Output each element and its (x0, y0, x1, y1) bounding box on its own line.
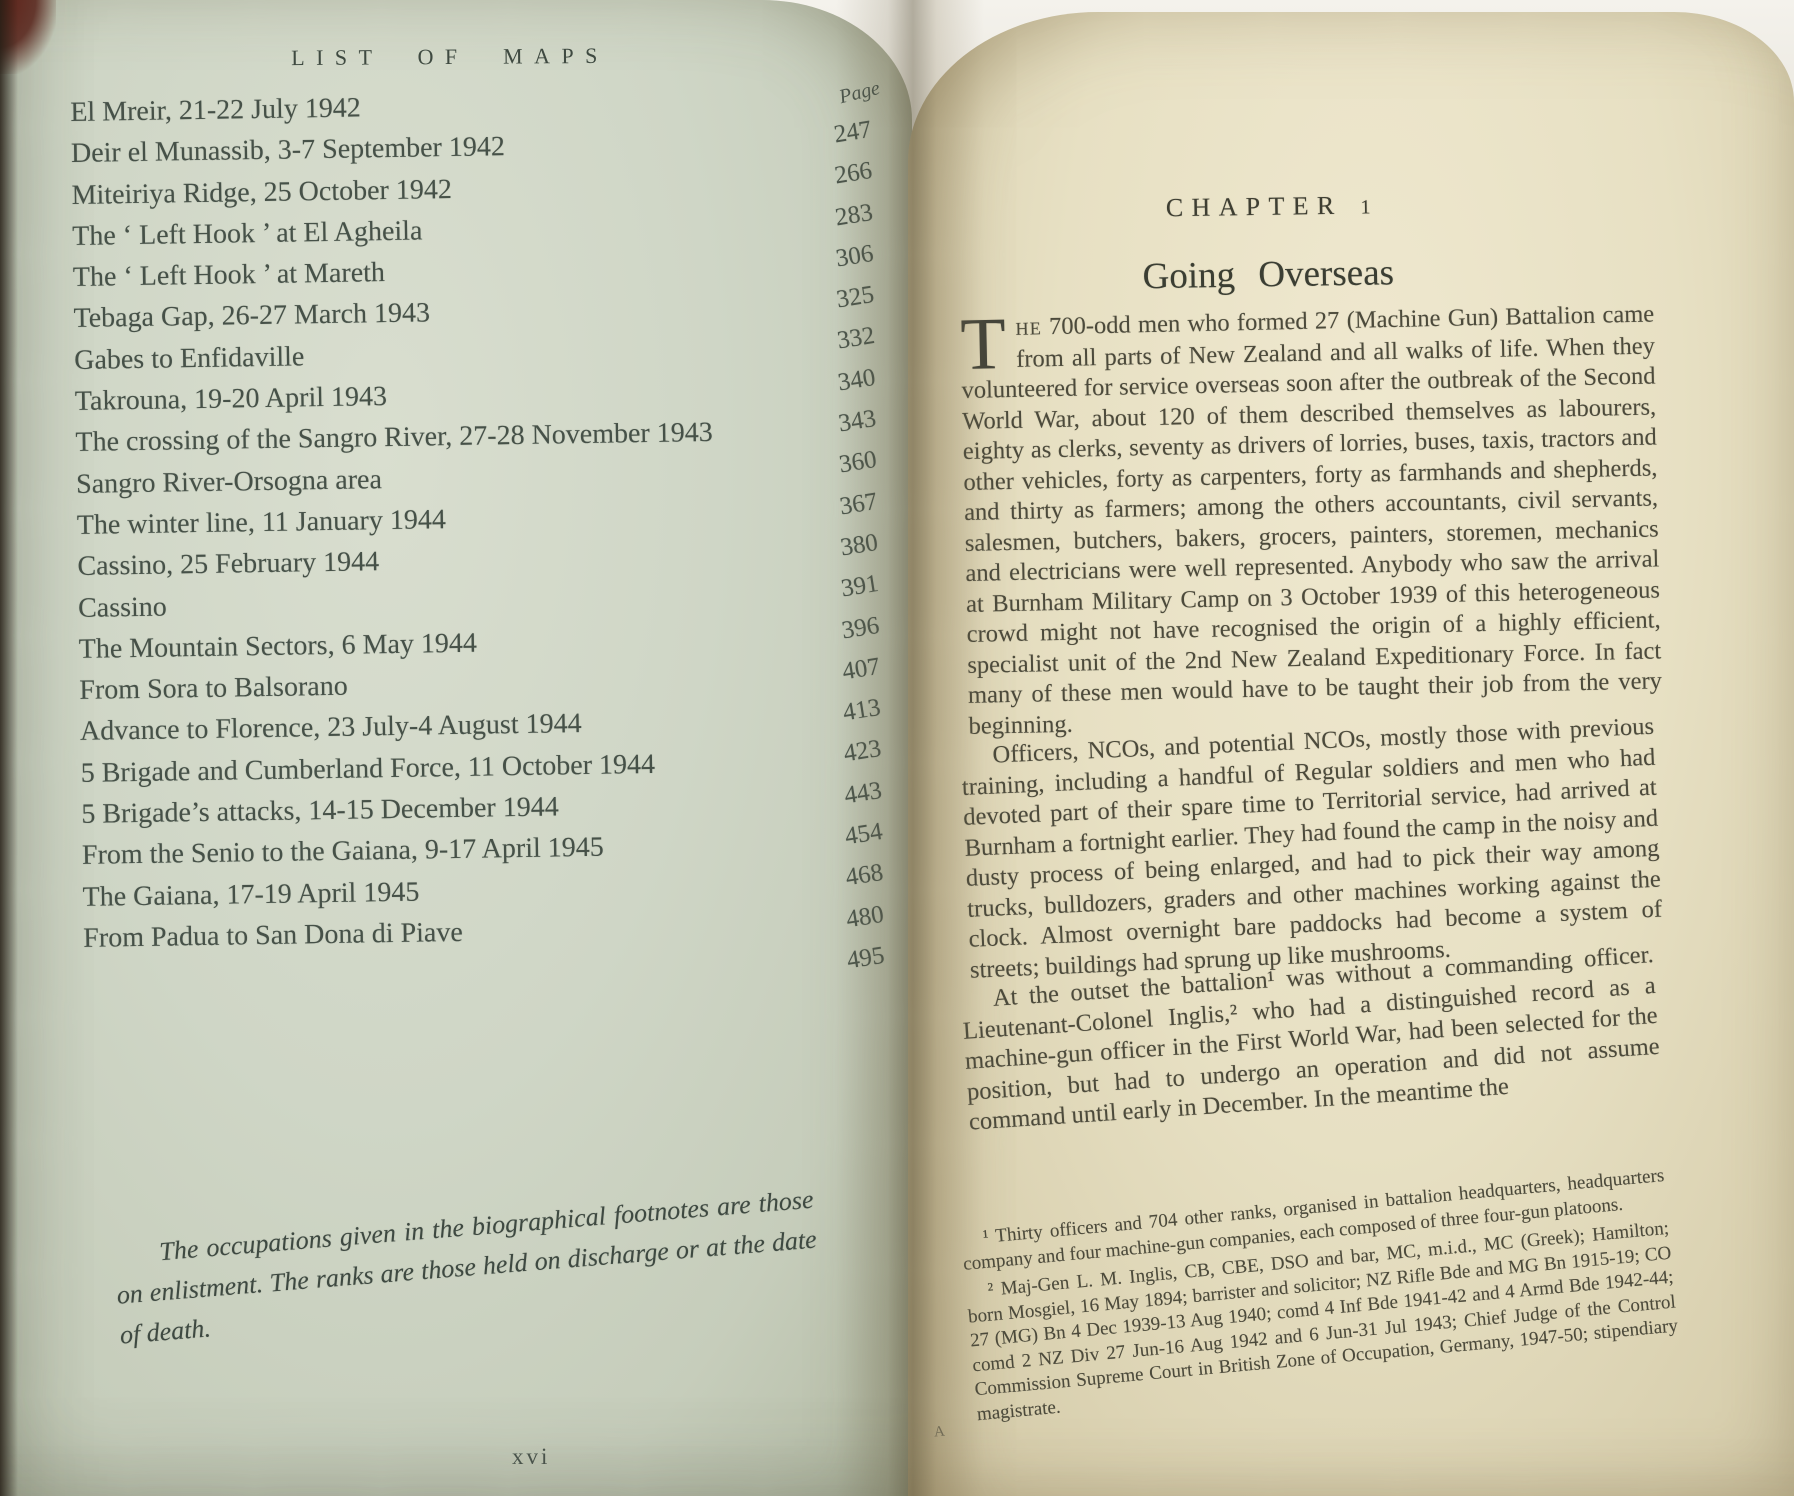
chapter-number: 1 (1360, 196, 1370, 218)
right-page: CHAPTER1 Going Overseas THE 700-odd men … (908, 12, 1794, 1496)
lead-smallcaps: HE (1015, 318, 1042, 339)
list-of-maps-title: LIST OF MAPS (150, 42, 750, 72)
chapter-title: Going Overseas (966, 249, 1571, 301)
map-page-number: 495 (833, 933, 899, 983)
left-page: LIST OF MAPS Page El Mreir, 21-22 July 1… (0, 0, 912, 1496)
dropcap-letter: T (960, 313, 1016, 373)
paragraph-2: Officers, NCOs, and potential NCOs, most… (960, 712, 1664, 986)
footnotes: ¹ Thirty officers and 704 other ranks, o… (960, 1164, 1682, 1431)
biographical-note: The occupations given in the biographica… (112, 1180, 821, 1356)
paragraph-1: THE 700-odd men who formed 27 (Machine G… (960, 299, 1663, 741)
printers-signature-mark: A (933, 1424, 945, 1442)
paragraph-1-text: 700-odd men who formed 27 (Machine Gun) … (961, 300, 1662, 739)
body-text: THE 700-odd men who formed 27 (Machine G… (960, 314, 1654, 1139)
chapter-word: CHAPTER (1166, 191, 1343, 222)
maps-list: Page El Mreir, 21-22 July 1942 247 Deir … (70, 79, 900, 959)
chapter-heading: CHAPTER1 (966, 188, 1570, 226)
left-page-folio: xvi (512, 1444, 550, 1470)
open-book-photo: LIST OF MAPS Page El Mreir, 21-22 July 1… (0, 0, 1794, 1496)
